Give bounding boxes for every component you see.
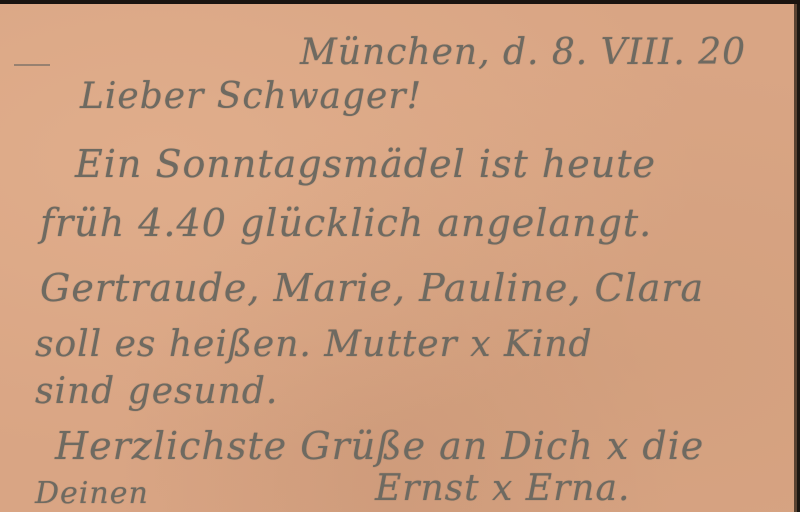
pencil-mark	[14, 64, 50, 66]
salutation: Lieber Schwager!	[80, 76, 422, 117]
body-line-5: sind gesund.	[35, 371, 278, 412]
postcard: München, d. 8. VIII. 20 Lieber Schwager!…	[0, 4, 797, 512]
body-line-1: Ein Sonntagsmädel ist heute	[75, 142, 656, 186]
body-line-3: Gertraude, Marie, Pauline, Clara	[40, 266, 704, 310]
closing-continuation: Deinen	[35, 476, 149, 511]
date-line: München, d. 8. VIII. 20	[300, 32, 746, 73]
signature: Ernst x Erna.	[375, 468, 630, 509]
body-line-4: soll es heißen. Mutter x Kind	[35, 324, 593, 365]
body-line-2: früh 4.40 glücklich angelangt.	[40, 201, 652, 245]
closing-line: Herzlichste Grüße an Dich x die	[55, 424, 704, 468]
